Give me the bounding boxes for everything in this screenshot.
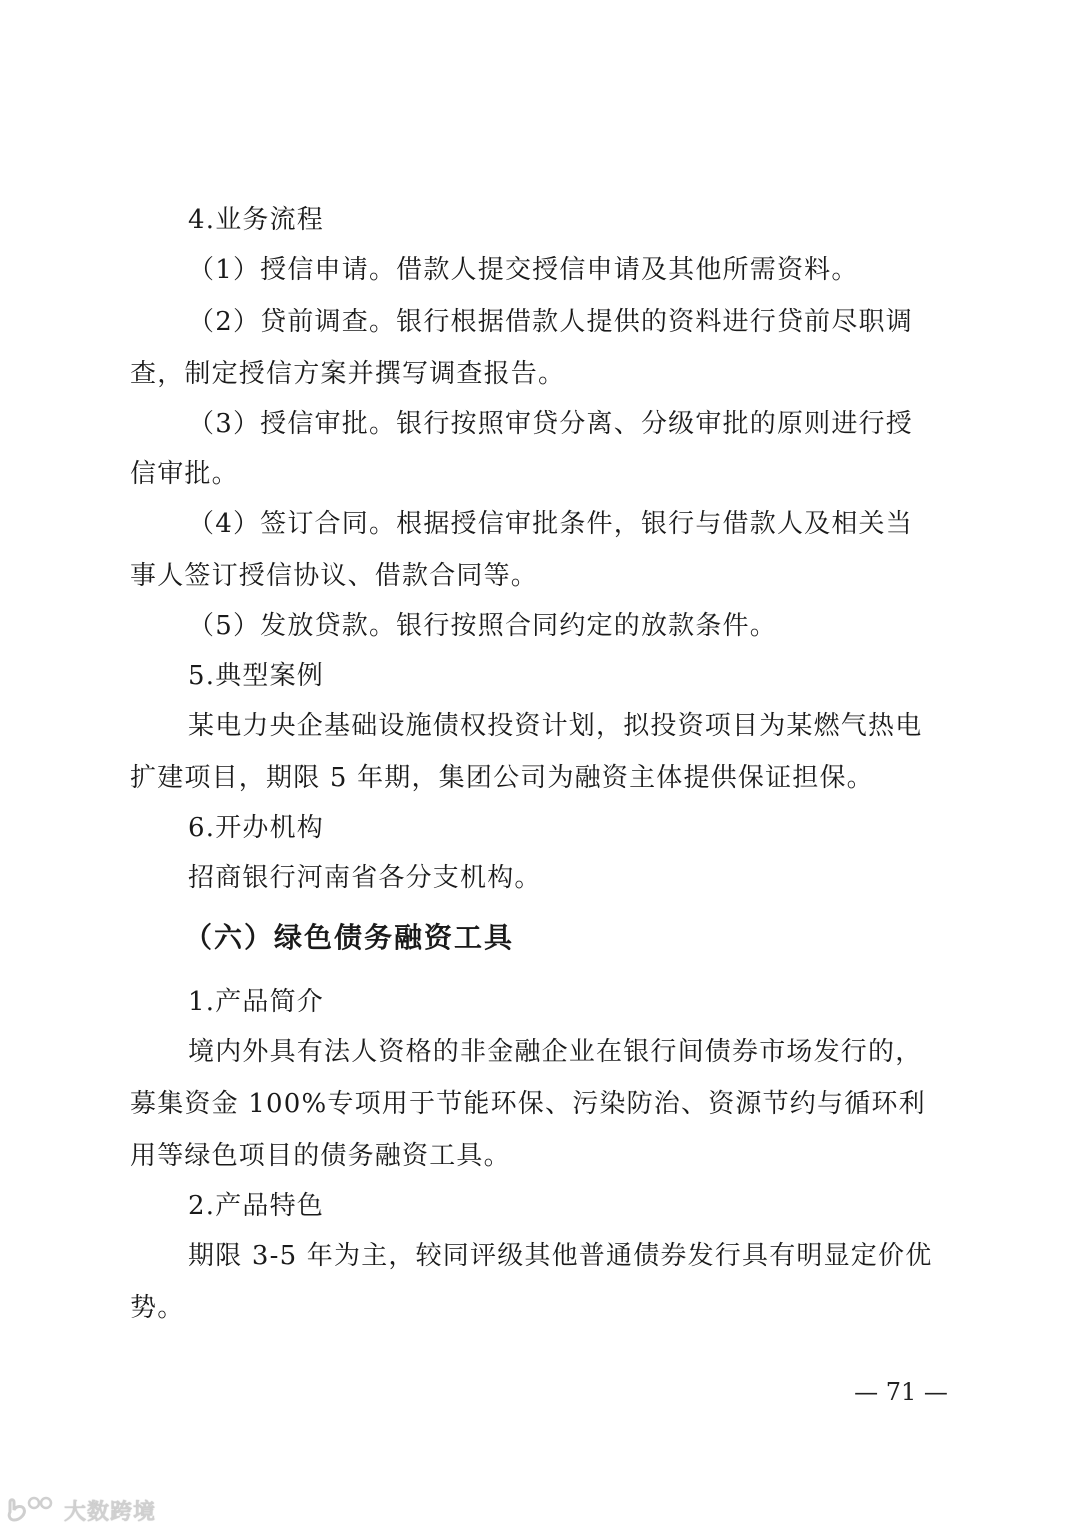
subheading-business-process: 4.业务流程 [188, 194, 952, 246]
subheading-typical-case: 5.典型案例 [188, 650, 952, 702]
process-step-5: （5）发放贷款。银行按照合同约定的放款条件。 [188, 600, 1010, 652]
product-intro-paragraph-continued-2: 用等绿色项目的债务融资工具。 [130, 1130, 952, 1182]
product-features-paragraph: 期限 3-5 年为主，较同评级其他普通债券发行具有明显定价优 [188, 1230, 952, 1282]
section-heading-green-debt: （六）绿色债务融资工具 [184, 912, 1006, 964]
typical-case-paragraph: 某电力央企基础设施债权投资计划，拟投资项目为某燃气热电 [188, 700, 952, 752]
page-number: — 71 — [846, 1372, 956, 1412]
subheading-institutions: 6.开办机构 [188, 802, 952, 854]
process-step-2: （2）贷前调查。银行根据借款人提供的资料进行贷前尽职调 [188, 296, 1010, 348]
watermark-text: 大数跨境 [64, 1495, 156, 1526]
typical-case-paragraph-continued: 扩建项目，期限 5 年期，集团公司为融资主体提供保证担保。 [130, 752, 952, 804]
process-step-4: （4）签订合同。根据授信审批条件，银行与借款人及相关当 [188, 498, 1010, 550]
process-step-3: （3）授信审批。银行按照审贷分离、分级审批的原则进行授 [188, 398, 1010, 450]
subheading-product-features: 2.产品特色 [188, 1180, 952, 1232]
watermark: 大数跨境 [6, 1494, 156, 1526]
process-step-4-continued: 事人签订授信协议、借款合同等。 [130, 550, 952, 602]
process-step-2-continued: 查，制定授信方案并撰写调查报告。 [130, 348, 952, 400]
subheading-product-intro: 1.产品简介 [188, 976, 952, 1028]
kuaishou-logo-icon [6, 1496, 58, 1524]
product-intro-paragraph-continued-1: 募集资金 100%专项用于节能环保、污染防治、资源节约与循环利 [130, 1078, 952, 1130]
institutions-paragraph: 招商银行河南省各分支机构。 [188, 852, 952, 904]
product-intro-paragraph: 境内外具有法人资格的非金融企业在银行间债券市场发行的， [188, 1026, 952, 1078]
process-step-3-continued: 信审批。 [130, 448, 952, 500]
product-features-paragraph-continued: 势。 [130, 1282, 952, 1334]
document-page: 4.业务流程 （1）授信申请。借款人提交授信申请及其他所需资料。 （2）贷前调查… [0, 0, 1080, 1532]
process-step-1: （1）授信申请。借款人提交授信申请及其他所需资料。 [188, 244, 1010, 296]
